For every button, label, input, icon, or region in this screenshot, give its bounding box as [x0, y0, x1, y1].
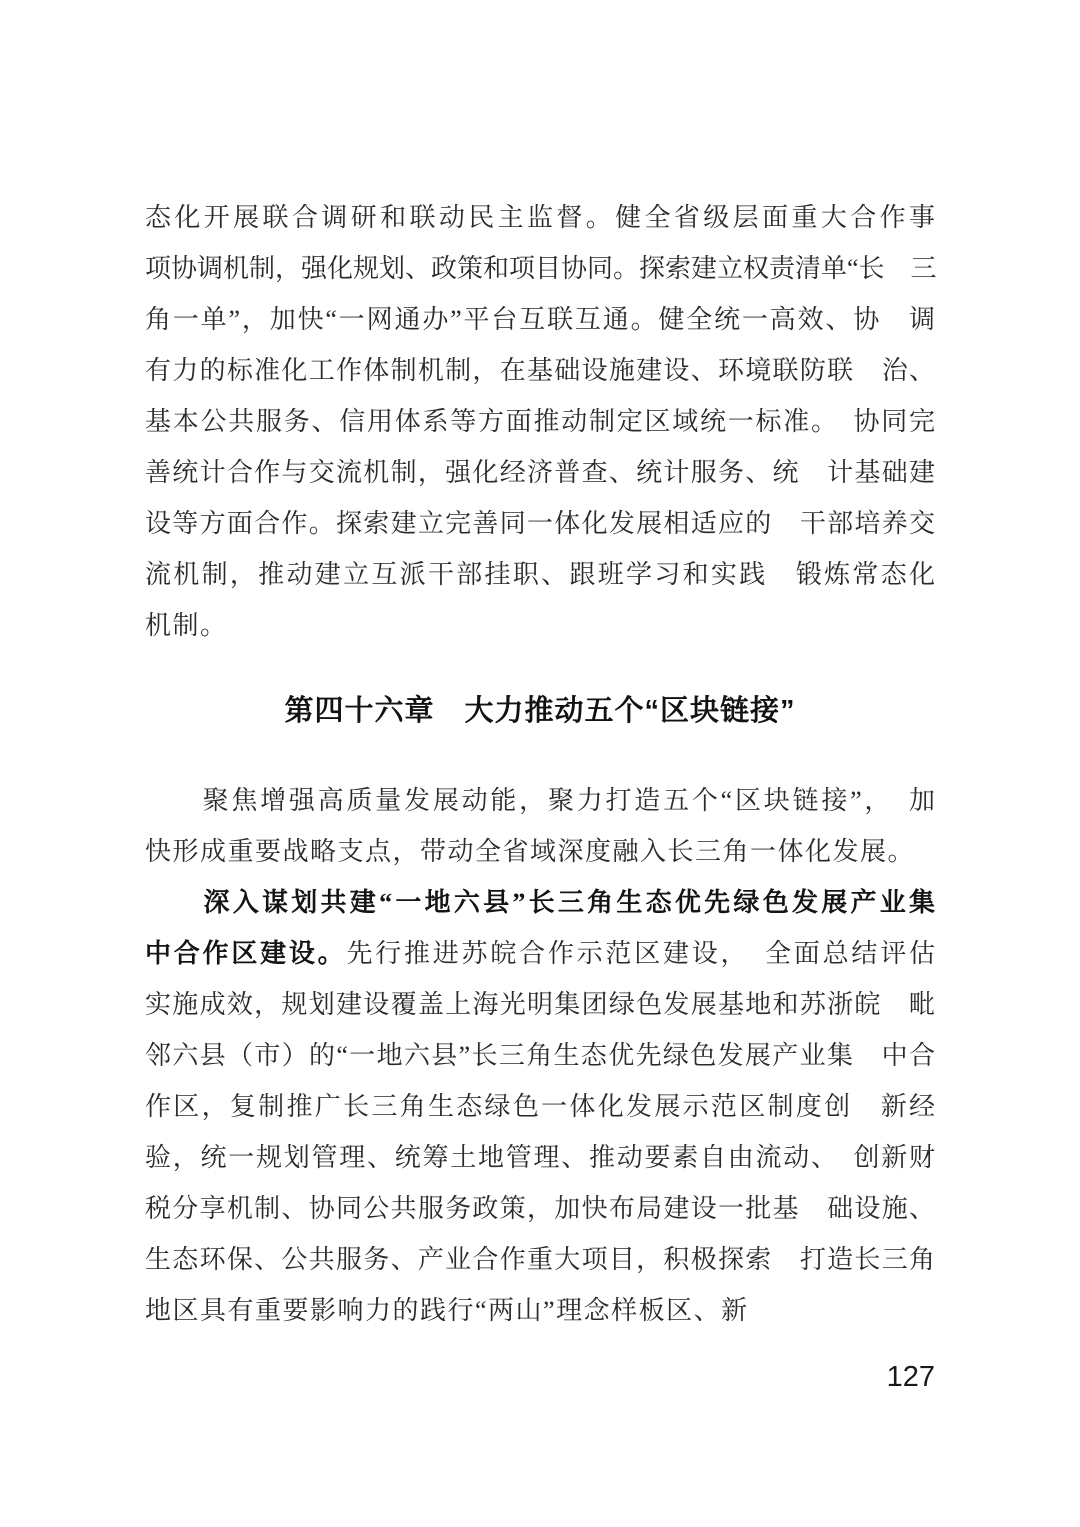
- text-line: 基本公共服务、信用体系等方面推动制定区域统一标准。 协同完: [145, 396, 935, 447]
- text-segment: 有力的标准化工作体制机制，在基础设施建设、环境联防联 治、: [145, 356, 935, 385]
- paragraph: 深入谋划共建“一地六县”长三角生态优先绿色发展产业集中合作区建设。先行推进苏皖合…: [145, 877, 935, 1336]
- text-segment: 地区具有重要影响力的践行“两山”理念样板区、新: [145, 1296, 749, 1325]
- text-segment: 项协调机制，强化规划、政策和项目协同。探索建立权责清单“长 三: [145, 254, 937, 283]
- text-segment: 流机制，推动建立互派干部挂职、跟班学习和实践 锻炼常态化: [145, 560, 935, 589]
- text-line: 生态环保、公共服务、产业合作重大项目，积极探索 打造长三角: [145, 1234, 935, 1285]
- paragraphs-after-heading: 聚焦增强高质量发展动能，聚力打造五个“区块链接”， 加快形成重要战略支点，带动全…: [145, 775, 935, 1336]
- text-line: 项协调机制，强化规划、政策和项目协同。探索建立权责清单“长 三: [145, 243, 935, 294]
- page-number: 127: [145, 1352, 935, 1403]
- text-line: 聚焦增强高质量发展动能，聚力打造五个“区块链接”， 加: [145, 775, 935, 826]
- text-segment: 税分享机制、协同公共服务政策，加快布局建设一批基 础设施、: [145, 1194, 935, 1223]
- text-segment: 基本公共服务、信用体系等方面推动制定区域统一标准。 协同完: [145, 407, 935, 436]
- text-segment: 快形成重要战略支点，带动全省域深度融入长三角一体化发展。: [145, 837, 915, 866]
- text-block: 态化开展联合调研和联动民主监督。健全省级层面重大合作事项协调机制，强化规划、政策…: [145, 192, 935, 1336]
- text-line: 作区，复制推广长三角生态绿色一体化发展示范区制度创 新经: [145, 1081, 935, 1132]
- text-line: 态化开展联合调研和联动民主监督。健全省级层面重大合作事: [145, 192, 935, 243]
- text-line: 税分享机制、协同公共服务政策，加快布局建设一批基 础设施、: [145, 1183, 935, 1234]
- text-line: 深入谋划共建“一地六县”长三角生态优先绿色发展产业集: [145, 877, 935, 928]
- text-line: 验，统一规划管理、统筹土地管理、推动要素自由流动、 创新财: [145, 1132, 935, 1183]
- text-line: 有力的标准化工作体制机制，在基础设施建设、环境联防联 治、: [145, 345, 935, 396]
- text-line: 实施成效，规划建设覆盖上海光明集团绿色发展基地和苏浙皖 毗: [145, 979, 935, 1030]
- text-segment: 实施成效，规划建设覆盖上海光明集团绿色发展基地和苏浙皖 毗: [145, 990, 935, 1019]
- text-segment: 邻六县（市）的“一地六县”长三角生态优先绿色发展产业集 中合: [145, 1041, 935, 1070]
- text-segment: 先行推进苏皖合作示范区建设， 全面总结评估: [346, 939, 935, 968]
- text-segment: 角一单”，加快“一网通办”平台互联互通。健全统一高效、协 调: [145, 305, 935, 334]
- paragraph: 态化开展联合调研和联动民主监督。健全省级层面重大合作事项协调机制，强化规划、政策…: [145, 192, 935, 651]
- text-line: 邻六县（市）的“一地六县”长三角生态优先绿色发展产业集 中合: [145, 1030, 935, 1081]
- chapter-heading: 第四十六章 大力推动五个“区块链接”: [145, 686, 935, 737]
- bold-text-segment: 中合作区建设。: [145, 939, 346, 968]
- bold-text-segment: 深入谋划共建“一地六县”长三角生态优先绿色发展产业集: [145, 888, 935, 917]
- text-segment: 作区，复制推广长三角生态绿色一体化发展示范区制度创 新经: [145, 1092, 935, 1121]
- text-line: 机制。: [145, 600, 935, 651]
- text-line: 地区具有重要影响力的践行“两山”理念样板区、新: [145, 1285, 935, 1336]
- document-page: 态化开展联合调研和联动民主监督。健全省级层面重大合作事项协调机制，强化规划、政策…: [0, 0, 1080, 1527]
- text-line: 流机制，推动建立互派干部挂职、跟班学习和实践 锻炼常态化: [145, 549, 935, 600]
- text-segment: 生态环保、公共服务、产业合作重大项目，积极探索 打造长三角: [145, 1245, 935, 1274]
- paragraph: 聚焦增强高质量发展动能，聚力打造五个“区块链接”， 加快形成重要战略支点，带动全…: [145, 775, 935, 877]
- text-segment: 机制。: [145, 611, 228, 640]
- text-line: 设等方面合作。探索建立完善同一体化发展相适应的 干部培养交: [145, 498, 935, 549]
- text-line: 快形成重要战略支点，带动全省域深度融入长三角一体化发展。: [145, 826, 935, 877]
- text-segment: 聚焦增强高质量发展动能，聚力打造五个“区块链接”， 加: [145, 786, 935, 815]
- text-segment: 态化开展联合调研和联动民主监督。健全省级层面重大合作事: [145, 203, 935, 232]
- text-line: 善统计合作与交流机制，强化经济普查、统计服务、统 计基础建: [145, 447, 935, 498]
- text-segment: 善统计合作与交流机制，强化经济普查、统计服务、统 计基础建: [145, 458, 935, 487]
- text-segment: 验，统一规划管理、统筹土地管理、推动要素自由流动、 创新财: [145, 1143, 935, 1172]
- paragraphs-before-heading: 态化开展联合调研和联动民主监督。健全省级层面重大合作事项协调机制，强化规划、政策…: [145, 192, 935, 651]
- text-segment: 设等方面合作。探索建立完善同一体化发展相适应的 干部培养交: [145, 509, 935, 538]
- text-line: 中合作区建设。先行推进苏皖合作示范区建设， 全面总结评估: [145, 928, 935, 979]
- text-line: 角一单”，加快“一网通办”平台互联互通。健全统一高效、协 调: [145, 294, 935, 345]
